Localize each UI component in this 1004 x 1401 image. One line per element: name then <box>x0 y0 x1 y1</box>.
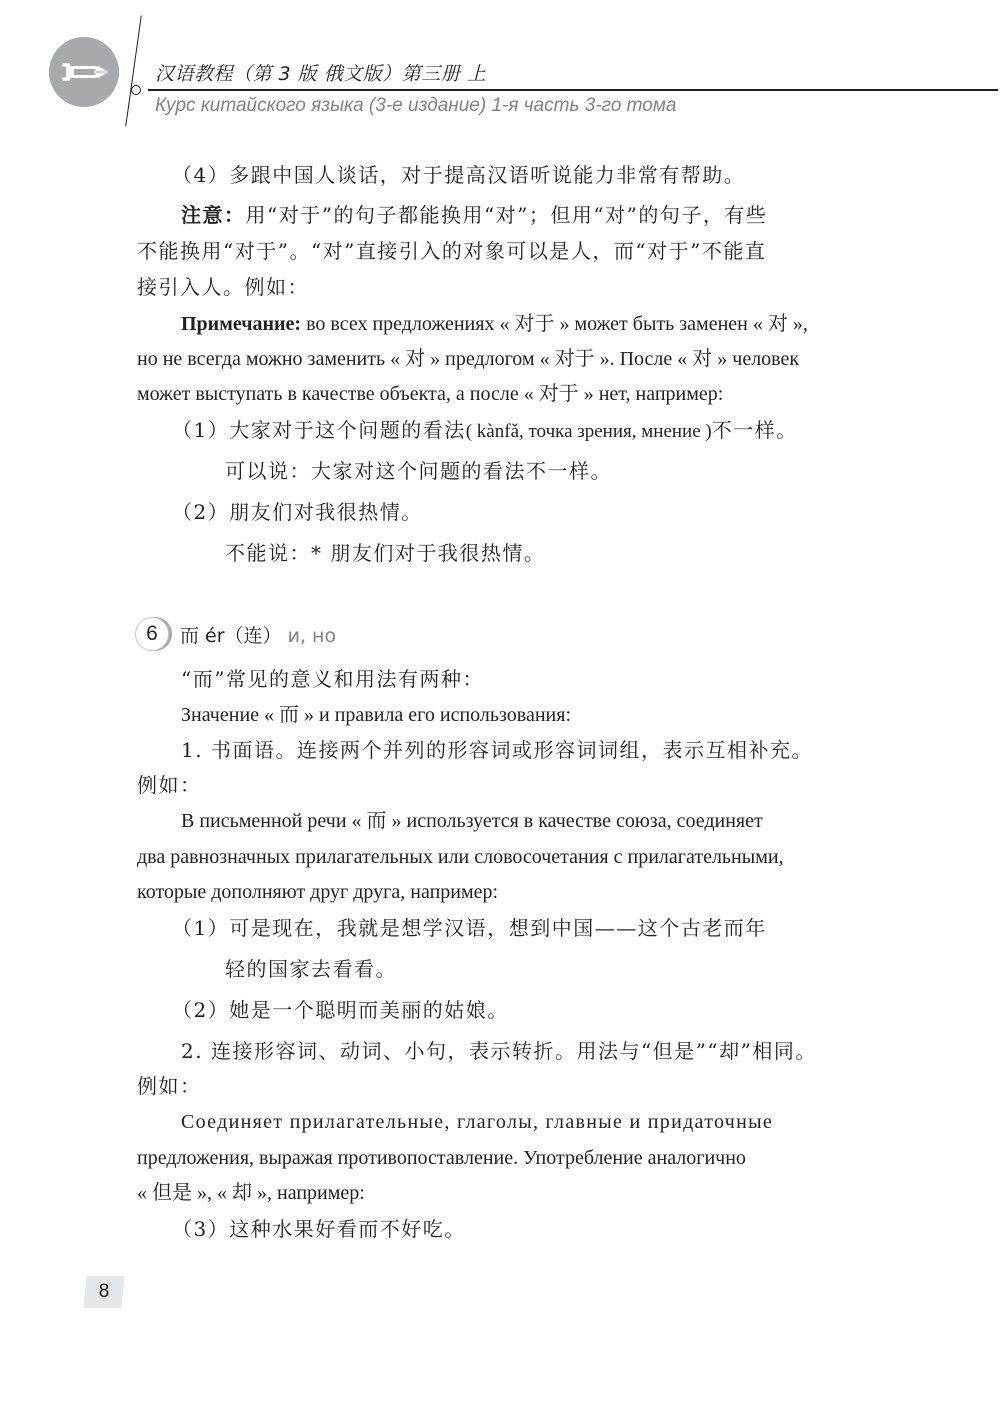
section-title-gloss: и, но <box>288 625 336 647</box>
note-zh-line-3: 接引入人。例如： <box>137 275 309 299</box>
note-ru-line-2: но не всегда можно заменить « 对 » предло… <box>137 347 799 371</box>
section6-intro-ru: Значение « 而 » и правила его использован… <box>181 703 571 727</box>
section-title: 而 ér（连） и, но <box>180 621 336 648</box>
logo-badge <box>49 37 119 107</box>
note-ru-text: во всех предложениях « 对于 » может быть з… <box>301 313 808 335</box>
usage-2-zh-line-2: 例如： <box>137 1074 202 1098</box>
section6-example-1-line-2: 轻的国家去看看。 <box>225 957 397 981</box>
note-zh-line-1: 注意：用“对于”的句子都能换用“对”；但用“对”的句子，有些 <box>181 203 767 227</box>
note-zh-label: 注意： <box>181 203 246 227</box>
header-ring-ornament <box>131 85 141 95</box>
section6-example-3: （3）这种水果好看而不好吃。 <box>172 1217 466 1241</box>
note-zh-line-2: 不能换用“对于”。“对”直接引入的对象可以是人，而“对于”不能直 <box>137 239 766 263</box>
example-4: （4）多跟中国人谈话，对于提高汉语听说能力非常有帮助。 <box>172 163 745 187</box>
usage-1-ru-line-1: В письменной речи « 而 » используется в к… <box>181 809 763 833</box>
section6-intro-zh: “而”常见的意义和用法有两种： <box>181 667 484 691</box>
example-1: （1）大家对于这个问题的看法( kànfǎ, точка зрения, мне… <box>172 418 798 444</box>
usage-2-zh-line-1: 2. 连接形容词、动词、小句，表示转折。用法与“但是”“却”相同。 <box>181 1039 817 1063</box>
usage-2-ru-line-3: « 但是 », « 却 », например: <box>137 1181 365 1205</box>
example-1-gloss: ( kànfǎ, точка зрения, мнение ) <box>466 421 712 442</box>
section-title-zh: 而 ér（连） <box>180 625 282 647</box>
running-header-zh: 汉语教程（第 3 版 俄文版）第三册 上 <box>155 59 486 86</box>
usage-1-ru-line-2: два равнозначных прилагательных или слов… <box>137 845 784 869</box>
note-ru-line-1: Примечание: во всех предложениях « 对于 » … <box>181 312 808 336</box>
note-ru-line-3: может выступать в качестве объекта, а по… <box>137 382 723 406</box>
example-1-alternative: 可以说：大家对这个问题的看法不一样。 <box>225 459 612 483</box>
header-rule <box>148 89 998 91</box>
usage-2-ru-line-2: предложения, выражая противопоставление.… <box>137 1146 746 1170</box>
example-2-incorrect: 不能说：* 朋友们对于我很热情。 <box>225 541 545 565</box>
section6-example-1-line-1: （1）可是现在，我就是想学汉语，想到中国——这个古老而年 <box>172 916 767 940</box>
note-ru-label: Примечание: <box>181 313 301 335</box>
running-header-ru: Курс китайского языка (3-е издание) 1-я … <box>155 95 676 117</box>
example-1-zh-end: 不一样。 <box>712 418 798 442</box>
example-2: （2）朋友们对我很热情。 <box>172 500 423 524</box>
page-number-tab: 8 <box>83 1276 124 1308</box>
example-1-zh: （1）大家对于这个问题的看法 <box>172 418 466 442</box>
usage-1-zh-line-2: 例如： <box>137 773 202 797</box>
usage-1-zh-line-1: 1. 书面语。连接两个并列的形容词或形容词词组，表示互相补充。 <box>181 738 813 762</box>
header-divider-slash <box>125 15 142 126</box>
note-zh-text: 用“对于”的句子都能换用“对”；但用“对”的句子，有些 <box>246 203 768 227</box>
usage-1-ru-line-3: которые дополняют друг друга, например: <box>137 880 498 904</box>
section-number-badge: 6 <box>135 617 169 651</box>
section6-example-2: （2）她是一个聪明而美丽的姑娘。 <box>172 998 509 1022</box>
usage-2-ru-line-1: Соединяет прилагательные, глаголы, главн… <box>181 1110 773 1134</box>
fountain-pen-nib-icon <box>58 57 112 87</box>
page-number: 8 <box>85 1276 123 1308</box>
